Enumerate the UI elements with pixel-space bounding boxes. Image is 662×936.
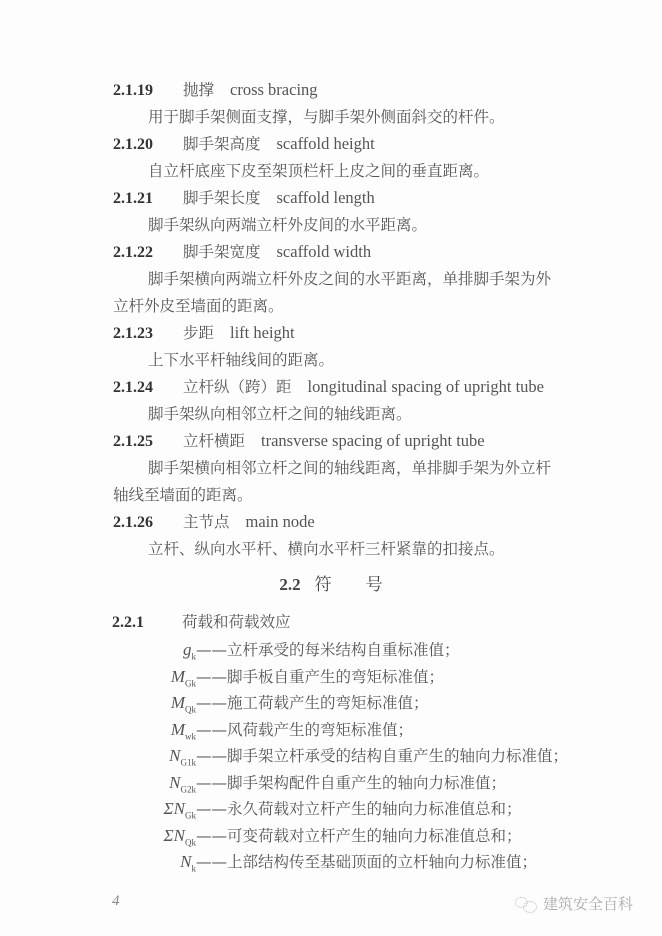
term-definition: 上下水平杆轴线间的距离。 (148, 350, 334, 370)
term-en: longitudinal spacing of upright tube (308, 377, 544, 396)
term-definition: 立杆、纵向水平杆、横向水平杆三杆紧靠的扣接点。 (148, 539, 505, 559)
term-heading: 2.1.22脚手架宽度scaffold width (113, 242, 371, 263)
term-heading: 2.1.24立杆纵（跨）距longitudinal spacing of upr… (113, 377, 544, 398)
watermark: 建筑安全百科 (515, 893, 633, 914)
term-zh: 脚手架高度 (183, 135, 261, 153)
symbol: NG1k (169, 746, 196, 772)
term-en: scaffold height (277, 134, 375, 153)
term-en: cross bracing (230, 80, 318, 99)
term-definition: 用于脚手架侧面支撑，与脚手架外侧面斜交的杆件。 (148, 107, 505, 127)
term-definition: 脚手架横向相邻立杆之间的轴线距离，单排脚手架为外立杆 (148, 458, 551, 478)
term-zh: 主节点 (183, 513, 230, 531)
symbol-row: Mwk——风荷载产生的弯矩标准值； (196, 720, 413, 740)
watermark-text: 建筑安全百科 (543, 893, 633, 914)
symbol-row: ΣNQk——可变荷载对立杆产生的轴向力标准值总和； (196, 826, 522, 846)
term-zh: 立杆横距 (183, 432, 245, 450)
term-en: main node (246, 512, 315, 531)
section-heading: 2.2符 号 (0, 570, 662, 595)
section-title: 符 号 (315, 575, 383, 595)
symbol-description: ——立杆承受的每米结构自重标准值； (196, 641, 460, 659)
term-number: 2.1.22 (113, 243, 183, 263)
term-heading: 2.1.20脚手架高度scaffold height (113, 134, 375, 155)
term-zh: 脚手架宽度 (183, 243, 261, 261)
section-number: 2.2 (279, 575, 300, 594)
term-number: 2.1.25 (113, 432, 183, 452)
symbol: gk (183, 640, 196, 666)
term-number: 2.1.26 (113, 513, 183, 533)
term-definition: 脚手架纵向相邻立杆之间的轴线距离。 (148, 404, 412, 424)
symbol-description: ——脚手架构配件自重产生的轴向力标准值； (196, 774, 506, 792)
term-definition: 轴线至墙面的距离。 (113, 485, 253, 505)
term-zh: 立杆纵（跨）距 (183, 378, 292, 396)
term-heading: 2.1.25立杆横距transverse spacing of upright … (113, 431, 485, 452)
symbol-description: ——施工荷载产生的弯矩标准值； (196, 694, 429, 712)
symbol: Mwk (171, 720, 196, 746)
term-en: lift height (230, 323, 295, 342)
symbol: NG2k (169, 773, 196, 799)
symbol-row: ΣNGk——永久荷载对立杆产生的轴向力标准值总和； (196, 799, 522, 819)
term-en: transverse spacing of upright tube (261, 431, 485, 450)
symbol-row: MGk——脚手板自重产生的弯矩标准值； (196, 667, 444, 687)
symbol-row: Nk——上部结构传至基础顶面的立杆轴向力标准值； (196, 852, 537, 872)
term-definition: 自立杆底座下皮至架顶栏杆上皮之间的垂直距离。 (148, 161, 489, 181)
term-definition: 立杆外皮至墙面的距离。 (113, 296, 284, 316)
term-heading: 2.1.26主节点main node (113, 512, 315, 533)
term-en: scaffold length (277, 188, 375, 207)
symbol: MQk (171, 693, 196, 719)
term-heading: 2.1.21脚手架长度scaffold length (113, 188, 375, 209)
term-en: scaffold width (277, 242, 372, 261)
symbol: Nk (180, 852, 196, 878)
symbol-description: ——永久荷载对立杆产生的轴向力标准值总和； (196, 800, 522, 818)
term-heading: 2.1.19抛撑cross bracing (113, 80, 318, 101)
symbol-description: ——脚手板自重产生的弯矩标准值； (196, 668, 444, 686)
subsection-title: 荷载和荷载效应 (182, 613, 291, 631)
symbol: ΣNQk (164, 826, 196, 852)
term-zh: 步距 (183, 324, 214, 342)
term-number: 2.1.23 (113, 324, 183, 344)
term-definition: 脚手架横向两端立杆外皮之间的水平距离，单排脚手架为外 (148, 269, 551, 289)
term-heading: 2.1.23步距lift height (113, 323, 295, 344)
subsection-heading: 2.2.1荷载和荷载效应 (112, 612, 291, 633)
symbol: MGk (171, 667, 196, 693)
symbol: ΣNGk (164, 799, 196, 825)
symbol-description: ——可变荷载对立杆产生的轴向力标准值总和； (196, 827, 522, 845)
term-number: 2.1.20 (113, 135, 183, 155)
symbol-description: ——上部结构传至基础顶面的立杆轴向力标准值； (196, 853, 537, 871)
page-number: 4 (112, 893, 120, 910)
symbol-row: NG2k——脚手架构配件自重产生的轴向力标准值； (196, 773, 506, 793)
symbol-description: ——脚手架立杆承受的结构自重产生的轴向力标准值； (196, 747, 568, 765)
term-zh: 脚手架长度 (183, 189, 261, 207)
subsection-number: 2.2.1 (112, 613, 182, 633)
wechat-icon (515, 897, 537, 911)
symbol-row: MQk——施工荷载产生的弯矩标准值； (196, 693, 429, 713)
term-number: 2.1.19 (113, 81, 183, 101)
symbol-description: ——风荷载产生的弯矩标准值； (196, 721, 413, 739)
term-number: 2.1.21 (113, 189, 183, 209)
symbol-row: NG1k——脚手架立杆承受的结构自重产生的轴向力标准值； (196, 746, 568, 766)
term-definition: 脚手架纵向两端立杆外皮间的水平距离。 (148, 215, 427, 235)
symbol-row: gk——立杆承受的每米结构自重标准值； (196, 640, 460, 660)
term-number: 2.1.24 (113, 378, 183, 398)
term-zh: 抛撑 (183, 81, 214, 99)
